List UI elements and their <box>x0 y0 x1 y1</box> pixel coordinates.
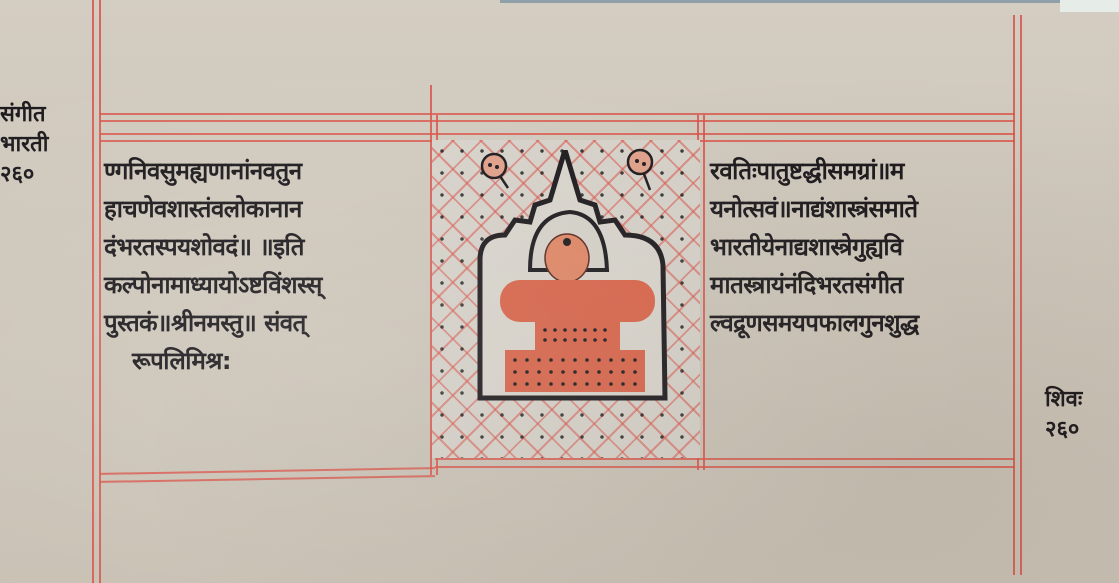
body-icon <box>500 280 655 322</box>
panel-rule <box>430 85 432 475</box>
dotted-pattern <box>432 140 700 458</box>
arch-outline-icon <box>480 150 665 398</box>
manuscript-page: संगीत भारती २६० शिवः २६० ण्गनिवसुमह्यणान… <box>0 0 1119 583</box>
bottom-rule <box>100 475 435 483</box>
margin-line: भारती <box>0 130 48 160</box>
folio-number: २६० <box>1045 415 1082 445</box>
text-line: कल्पोनामाध्यायोऽष्टविंशस्स् <box>104 266 322 304</box>
right-text-block: रवतिःपातुष्टद्धीसमग्रां॥म यनोत्सवं॥नाद्य… <box>710 152 919 342</box>
left-margin-rule <box>92 0 94 583</box>
top-rule <box>100 113 1015 115</box>
flower-left-icon <box>478 152 514 192</box>
text-line: पुस्तकं॥श्रीनमस्तु॥ संवत् <box>104 304 322 342</box>
text-line: ल्वद्रूणसमयपफालगुनशुद्ध <box>710 304 919 342</box>
background-edge <box>500 0 1060 3</box>
bottom-rule <box>435 458 1015 460</box>
text-line: रवतिःपातुष्टद्धीसमग्रां॥म <box>710 152 919 190</box>
top-rule <box>100 133 1015 135</box>
right-margin-note: शिवः २६० <box>1045 385 1082 445</box>
left-margin-rule <box>99 0 101 583</box>
text-line: दंभरतस्पयशोवदं॥ ॥इति <box>104 228 322 266</box>
text-line: रूपलिमिश्र: <box>104 342 322 380</box>
right-margin-rule <box>1013 15 1015 575</box>
panel-rule <box>703 115 705 470</box>
top-rule <box>100 140 1015 142</box>
background-corner <box>1060 0 1119 12</box>
top-rule <box>100 120 1015 122</box>
panel-rule <box>697 115 699 470</box>
text-line: यनोत्सवं॥नाद्यंशास्त्रंसमाते <box>710 190 919 228</box>
right-margin-rule <box>1020 15 1022 575</box>
shrine-illustration <box>475 150 670 410</box>
margin-line: संगीत <box>0 100 48 130</box>
text-line: ण्गनिवसुमह्यणानांनवतुन <box>104 152 322 190</box>
text-line: हाचणेवशास्तंवलोकानान <box>104 190 322 228</box>
panel-rule <box>436 115 438 475</box>
text-line: मातस्त्रायंनंदिभरतसंगीत <box>710 266 919 304</box>
left-text-block: ण्गनिवसुमह्यणानांनवतुन हाचणेवशास्तंवलोका… <box>104 152 322 380</box>
flower-right-icon <box>622 148 658 194</box>
bottom-rule <box>100 467 435 475</box>
illustration-panel <box>432 140 700 458</box>
text-line: भारतीयेनाद्यशास्त्रेगुह्यवि <box>710 228 919 266</box>
left-margin-note: संगीत भारती २६० <box>0 100 48 190</box>
face-icon <box>545 234 589 282</box>
bottom-rule <box>435 466 1015 468</box>
margin-line: शिवः <box>1045 385 1082 415</box>
folio-number: २६० <box>0 160 48 190</box>
